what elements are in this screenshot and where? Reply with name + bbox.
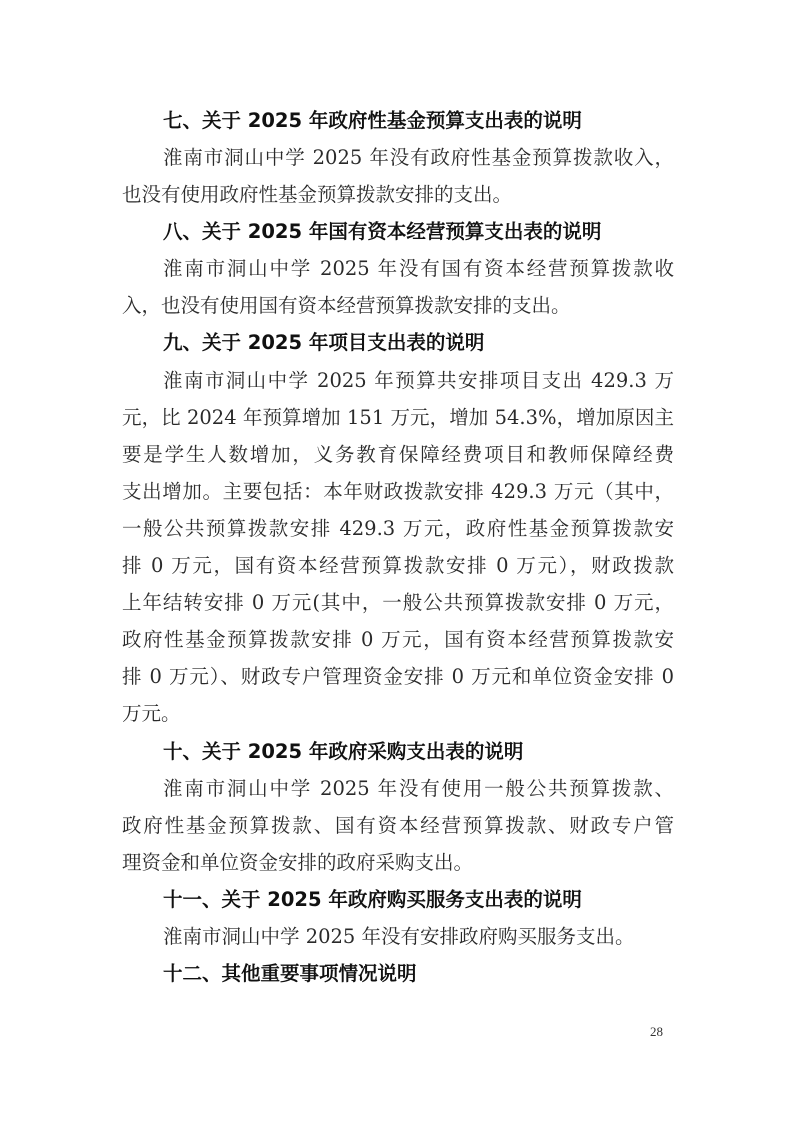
body-line: 一般公共预算拨款安排 429.3 万元，政府性基金预算拨款安 [122,514,674,544]
body-line: 上年结转安排 0 万元(其中，一般公共预算拨款安排 0 万元， [122,588,674,618]
body-line: 元，比 2024 年预算增加 151 万元，增加 54.3%，增加原因主 [122,403,674,433]
body-line: 淮南市洞山中学 2025 年没有使用一般公共预算拨款、 [163,774,674,804]
body-line: 淮南市洞山中学 2025 年没有国有资本经营预算拨款收 [163,254,674,284]
body-line: 也没有使用政府性基金预算拨款安排的支出。 [122,180,674,210]
body-line: 入，也没有使用国有资本经营预算拨款安排的支出。 [122,291,674,321]
body-line: 排 0 万元）、财政专户管理资金安排 0 万元和单位资金安排 0 [122,662,674,692]
section-heading-11: 十一、关于 2025 年政府购买服务支出表的说明 [163,885,582,915]
body-line: 要是学生人数增加，义务教育保障经费项目和教师保障经费 [122,440,674,470]
page-number: 28 [650,1024,663,1040]
body-line: 万元。 [122,699,674,729]
body-line: 政府性基金预算拨款安排 0 万元，国有资本经营预算拨款安 [122,625,674,655]
section-heading-10: 十、关于 2025 年政府采购支出表的说明 [163,737,523,767]
body-line: 政府性基金预算拨款、国有资本经营预算拨款、财政专户管 [122,811,674,841]
body-line: 支出增加。主要包括：本年财政拨款安排 429.3 万元（其中， [122,477,674,507]
section-heading-7: 七、关于 2025 年政府性基金预算支出表的说明 [163,106,582,136]
document-page: 七、关于 2025 年政府性基金预算支出表的说明 淮南市洞山中学 2025 年没… [0,0,793,1122]
section-heading-9: 九、关于 2025 年项目支出表的说明 [163,328,484,358]
section-heading-8: 八、关于 2025 年国有资本经营预算支出表的说明 [163,217,601,247]
body-line: 淮南市洞山中学 2025 年预算共安排项目支出 429.3 万 [163,366,674,396]
body-line: 排 0 万元，国有资本经营预算拨款安排 0 万元），财政拨款 [122,551,674,581]
body-line: 理资金和单位资金安排的政府采购支出。 [122,848,674,878]
section-heading-12: 十二、其他重要事项情况说明 [163,959,417,989]
body-line: 淮南市洞山中学 2025 年没有安排政府购买服务支出。 [163,922,674,952]
body-line: 淮南市洞山中学 2025 年没有政府性基金预算拨款收入， [163,143,674,173]
